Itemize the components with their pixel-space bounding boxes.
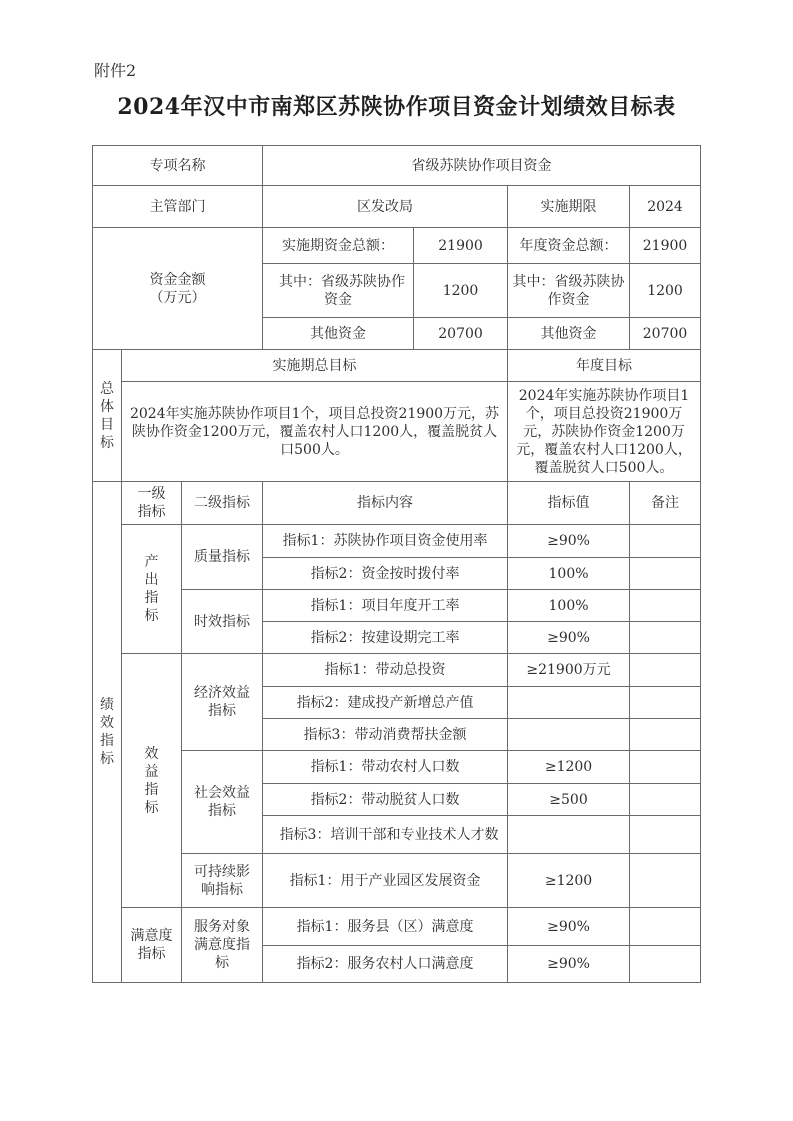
header-level1: 一级指标 [122, 482, 182, 525]
indicator-content: 指标3：带动消费帮扶金额 [263, 719, 508, 751]
project-name-value: 省级苏陕协作项目资金 [263, 146, 701, 186]
level2-economic: 经济效益指标 [182, 654, 263, 751]
indicator-remark [630, 946, 701, 983]
indicator-content: 指标1：带动总投资 [263, 654, 508, 687]
annual-total-label: 年度资金总额： [508, 228, 630, 264]
indicator-value: ≥1200 [508, 751, 630, 784]
indicator-value: ≥500 [508, 784, 630, 816]
level1-benefit: 效益指标 [122, 654, 182, 908]
indicator-value: ≥21900万元 [508, 654, 630, 687]
indicator-remark [630, 622, 701, 654]
level2-quality: 质量指标 [182, 525, 263, 590]
indicator-remark [630, 590, 701, 622]
indicator-value [508, 816, 630, 854]
indicator-value: ≥90% [508, 908, 630, 946]
period-goal-header: 实施期总目标 [122, 350, 508, 382]
level2-social: 社会效益指标 [182, 751, 263, 854]
period-other-value: 20700 [414, 318, 508, 350]
row-goal-headers: 总体目标 实施期总目标 年度目标 [93, 350, 701, 382]
overall-goals-label: 总体目标 [93, 350, 122, 482]
indicator-remark [630, 908, 701, 946]
annual-other-value: 20700 [630, 318, 701, 350]
indicator-row: 社会效益指标 指标1：带动农村人口数 ≥1200 [93, 751, 701, 784]
indicator-row: 产出指标 质量指标 指标1：苏陕协作项目资金使用率 ≥90% [93, 525, 701, 558]
indicator-remark [630, 687, 701, 719]
indicator-content: 指标1：项目年度开工率 [263, 590, 508, 622]
annual-goal-text: 2024年实施苏陕协作项目1个，项目总投资21900万元，苏陕协作资金1200万… [508, 382, 701, 482]
indicator-remark [630, 854, 701, 908]
indicator-row: 效益指标 经济效益指标 指标1：带动总投资 ≥21900万元 [93, 654, 701, 687]
document-title: 2024年汉中市南郑区苏陕协作项目资金计划绩效目标表 [0, 90, 793, 121]
annual-provincial-label: 其中：省级苏陕协作资金 [508, 264, 630, 318]
period-provincial-value: 1200 [414, 264, 508, 318]
period-other-label: 其他资金 [263, 318, 414, 350]
indicator-content: 指标2：建成投产新增总产值 [263, 687, 508, 719]
annual-provincial-value: 1200 [630, 264, 701, 318]
annual-other-label: 其他资金 [508, 318, 630, 350]
indicator-remark [630, 558, 701, 590]
row-funds-total: 资金金额 （万元） 实施期资金总额： 21900 年度资金总额： 21900 [93, 228, 701, 264]
level1-output: 产出指标 [122, 525, 182, 654]
level1-satisfaction: 满意度指标 [122, 908, 182, 983]
indicator-remark [630, 751, 701, 784]
funds-label-line1: 资金金额 [97, 271, 258, 289]
indicator-content: 指标2：带动脱贫人口数 [263, 784, 508, 816]
row-goal-texts: 2024年实施苏陕协作项目1个，项目总投资21900万元，苏陕协作资金1200万… [93, 382, 701, 482]
funds-label: 资金金额 （万元） [93, 228, 263, 350]
period-total-label: 实施期资金总额： [263, 228, 414, 264]
header-content: 指标内容 [263, 482, 508, 525]
indicator-value: 100% [508, 590, 630, 622]
indicator-remark [630, 719, 701, 751]
level2-sustainable: 可持续影响指标 [182, 854, 263, 908]
indicator-content: 指标1：用于产业园区发展资金 [263, 854, 508, 908]
project-name-label: 专项名称 [93, 146, 263, 186]
funds-label-line2: （万元） [97, 289, 258, 307]
level2-service-satisfaction: 服务对象满意度指标 [182, 908, 263, 983]
indicator-remark [630, 784, 701, 816]
indicator-value: 100% [508, 558, 630, 590]
annual-total-value: 21900 [630, 228, 701, 264]
indicator-row: 时效指标 指标1：项目年度开工率 100% [93, 590, 701, 622]
period-provincial-label: 其中：省级苏陕协作资金 [263, 264, 414, 318]
performance-label: 绩效指标 [93, 482, 122, 983]
indicator-row: 可持续影响指标 指标1：用于产业园区发展资金 ≥1200 [93, 854, 701, 908]
indicator-value: ≥90% [508, 525, 630, 558]
indicator-content: 指标2：服务农村人口满意度 [263, 946, 508, 983]
indicator-row: 满意度指标 服务对象满意度指标 指标1：服务县（区）满意度 ≥90% [93, 908, 701, 946]
indicator-value: ≥1200 [508, 854, 630, 908]
performance-target-table: 专项名称 省级苏陕协作项目资金 主管部门 区发改局 实施期限 2024 资金金额… [92, 145, 701, 983]
indicator-content: 指标1：服务县（区）满意度 [263, 908, 508, 946]
row-project-name: 专项名称 省级苏陕协作项目资金 [93, 146, 701, 186]
indicator-content: 指标2：资金按时拨付率 [263, 558, 508, 590]
attachment-label: 附件2 [94, 58, 136, 81]
indicator-content: 指标1：苏陕协作项目资金使用率 [263, 525, 508, 558]
department-value: 区发改局 [263, 186, 508, 228]
row-indicator-headers: 绩效指标 一级指标 二级指标 指标内容 指标值 备注 [93, 482, 701, 525]
level2-timeliness: 时效指标 [182, 590, 263, 654]
indicator-content: 指标2：按建设期完工率 [263, 622, 508, 654]
indicator-value [508, 687, 630, 719]
row-department: 主管部门 区发改局 实施期限 2024 [93, 186, 701, 228]
period-total-value: 21900 [414, 228, 508, 264]
period-label: 实施期限 [508, 186, 630, 228]
indicator-content: 指标3：培训干部和专业技术人才数 [263, 816, 508, 854]
header-remark: 备注 [630, 482, 701, 525]
indicator-value: ≥90% [508, 622, 630, 654]
period-goal-text: 2024年实施苏陕协作项目1个，项目总投资21900万元，苏陕协作资金1200万… [122, 382, 508, 482]
header-level2: 二级指标 [182, 482, 263, 525]
indicator-remark [630, 525, 701, 558]
header-value: 指标值 [508, 482, 630, 525]
indicator-remark [630, 816, 701, 854]
annual-goal-header: 年度目标 [508, 350, 701, 382]
indicator-value: ≥90% [508, 946, 630, 983]
indicator-value [508, 719, 630, 751]
department-label: 主管部门 [93, 186, 263, 228]
indicator-remark [630, 654, 701, 687]
period-value: 2024 [630, 186, 701, 228]
indicator-content: 指标1：带动农村人口数 [263, 751, 508, 784]
